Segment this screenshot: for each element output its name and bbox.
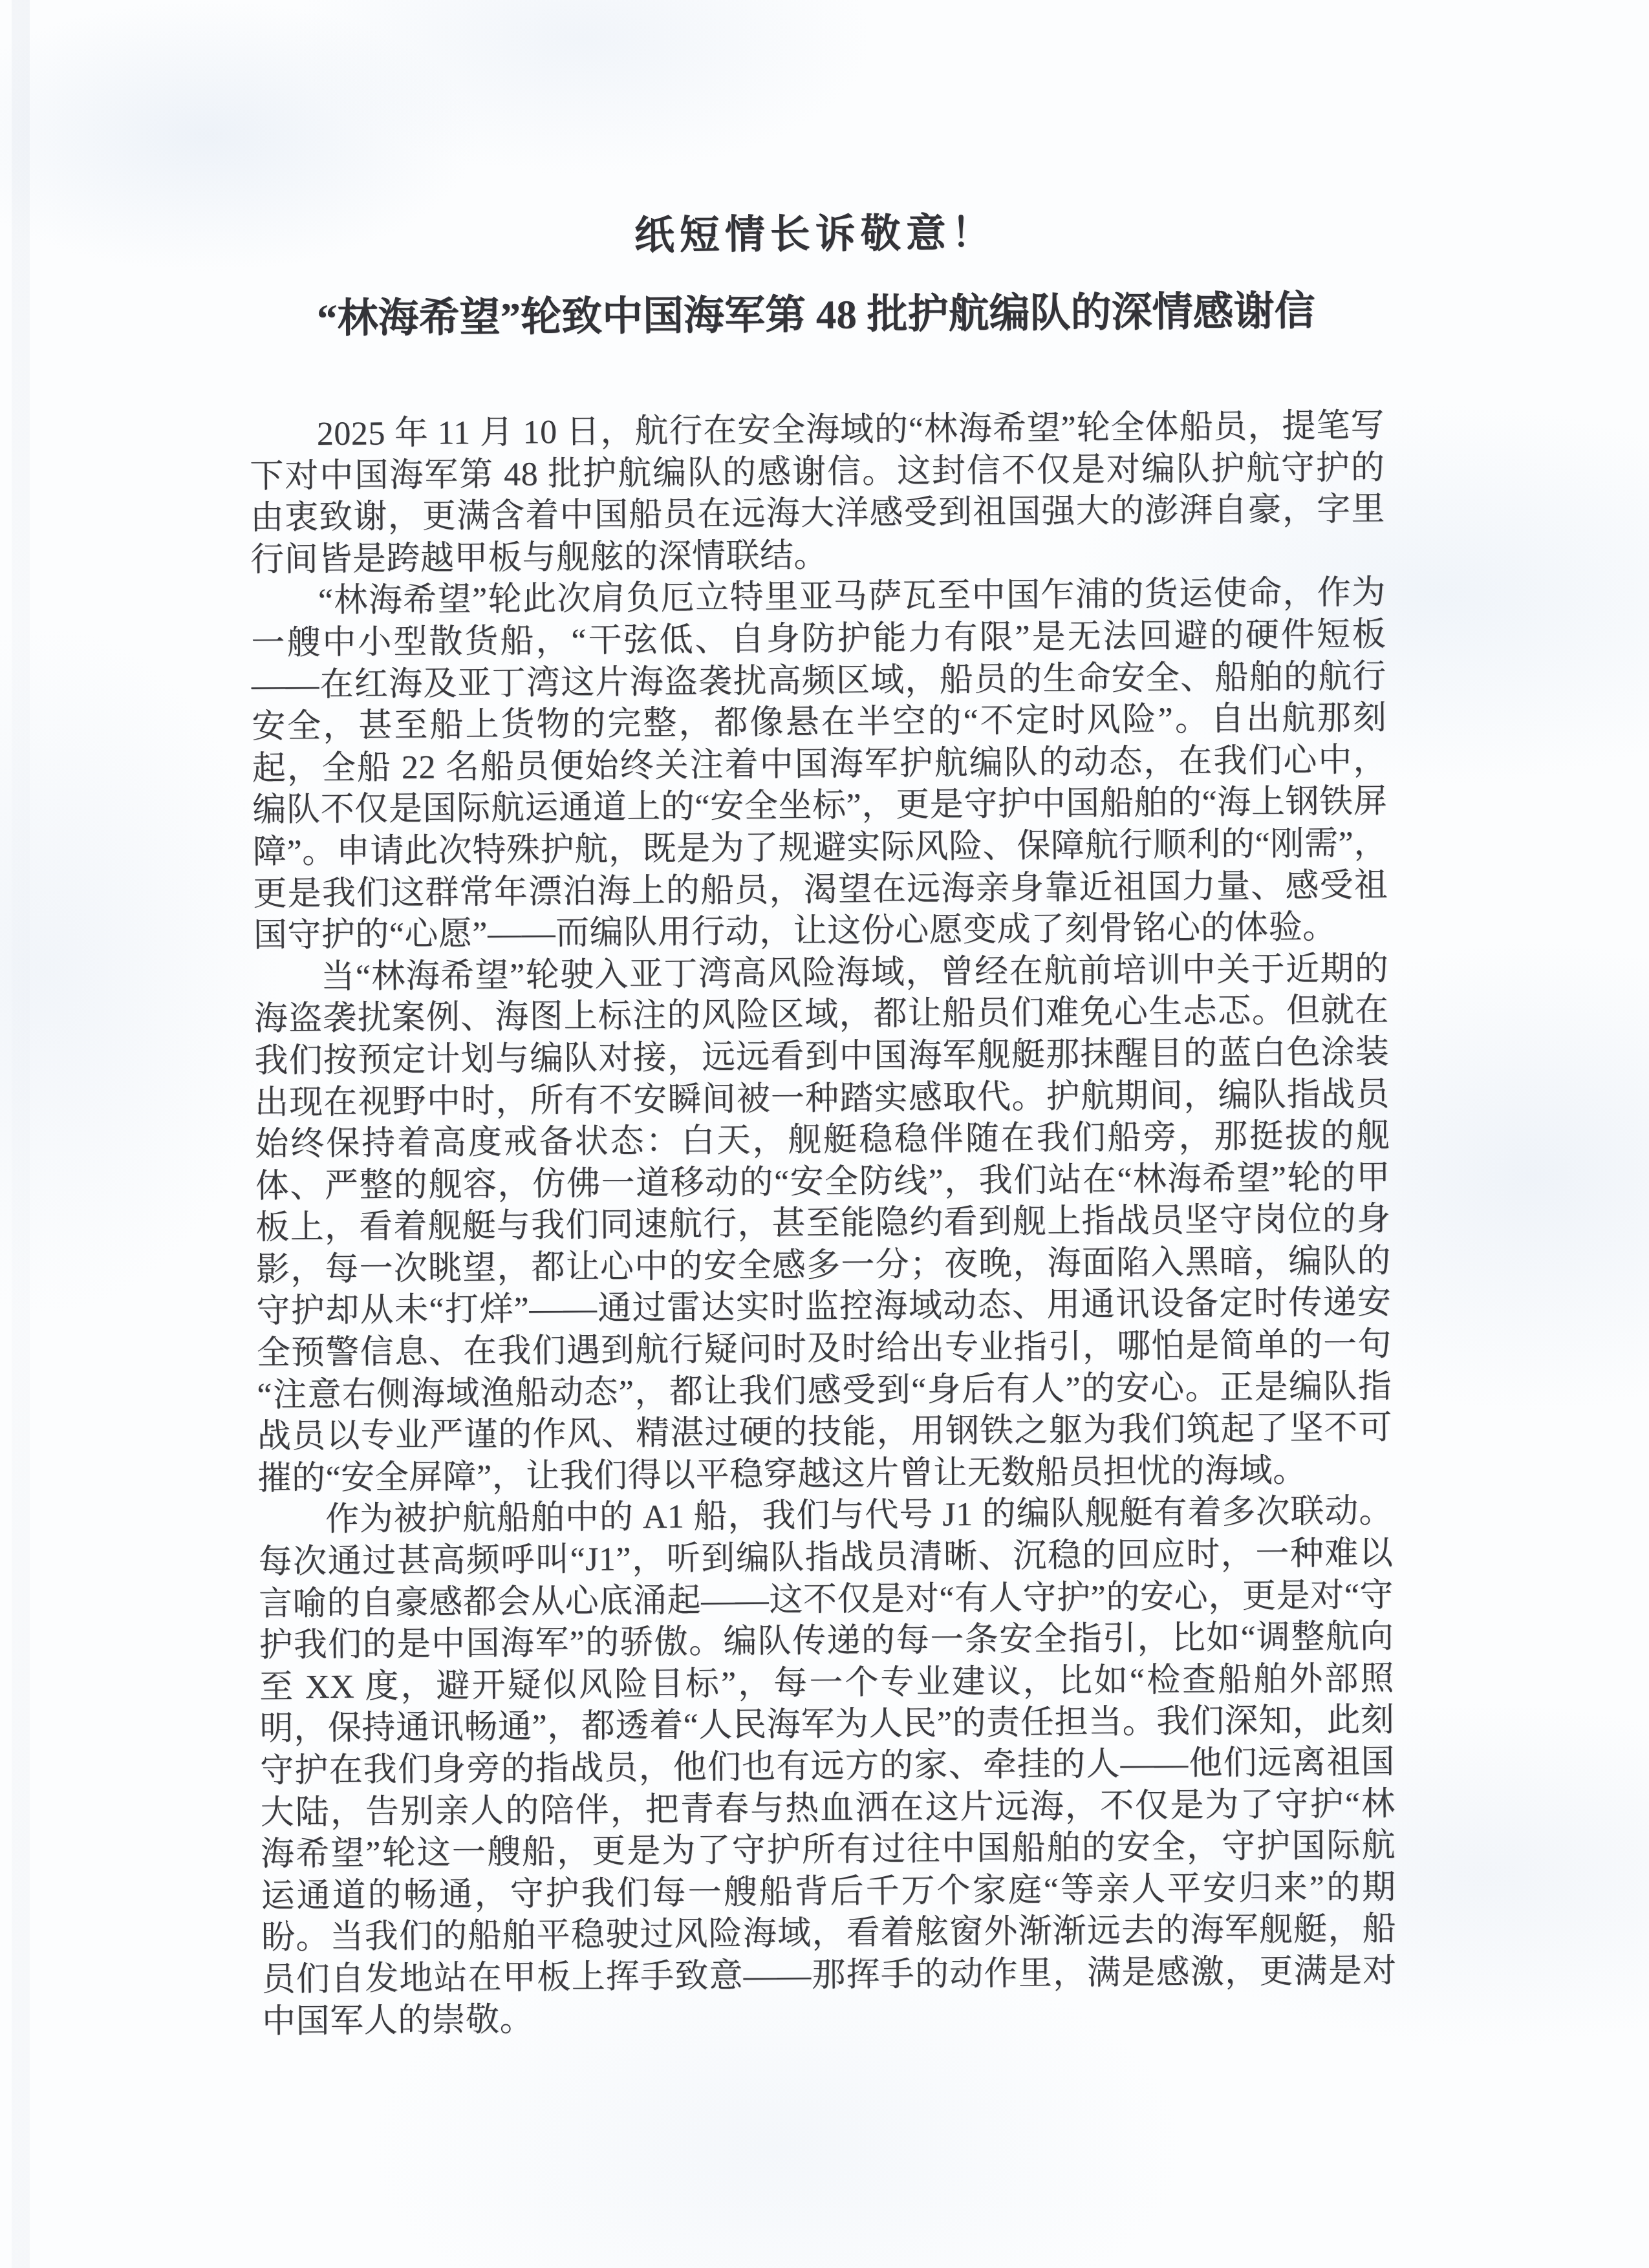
scan-edge-shading	[12, 0, 30, 2268]
letter-title: 纸短情长诉敬意！	[248, 196, 1383, 259]
letter-paragraph-2: “林海希望”轮此次肩负厄立特里亚马萨瓦至中国乍浦的货运使命，作为一艘中小型散货船…	[251, 572, 1389, 957]
letter-subtitle: “林海希望”轮致中国海军第 48 批护航编队的深情感谢信	[248, 288, 1383, 342]
scanned-letter-page: 纸短情长诉敬意！ “林海希望”轮致中国海军第 48 批护航编队的深情感谢信 20…	[0, 0, 1649, 2268]
letter-paragraph-4: 作为被护航船舶中的 A1 船，我们与代号 J1 的编队舰艇有着多次联动。每次通过…	[258, 1491, 1397, 2042]
letter-paragraph-1: 2025 年 11 月 10 日，航行在安全海域的“林海希望”轮全体船员，提笔写…	[250, 405, 1386, 581]
letter-content: 纸短情长诉敬意！ “林海希望”轮致中国海军第 48 批护航编队的深情感谢信 20…	[248, 196, 1397, 2043]
letter-paragraph-3: 当“林海希望”轮驶入亚丁湾高风险海域，曾经在航前培训中关于近期的海盗袭扰案例、海…	[253, 948, 1393, 1500]
letter-body: 2025 年 11 月 10 日，航行在安全海域的“林海希望”轮全体船员，提笔写…	[250, 405, 1397, 2043]
